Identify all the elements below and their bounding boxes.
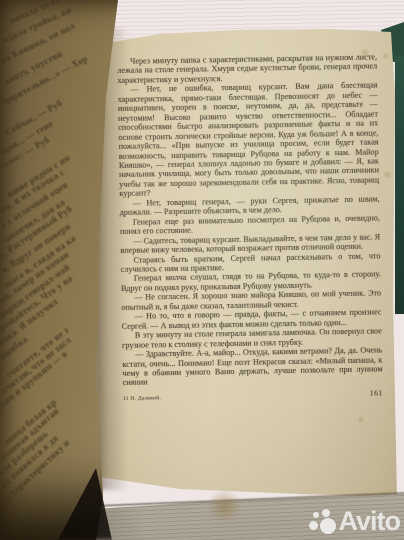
book-paragraph: — Здравствуйте. А-а, майор... Откуда, ка… <box>122 345 383 387</box>
avito-logo-icon <box>309 508 336 535</box>
book-cover-edge <box>395 56 404 314</box>
foxing-spot <box>382 52 390 60</box>
book-paragraph: Через минуту папка с характеристиками, р… <box>117 52 377 85</box>
page-text-block: Через минуту папка с характеристиками, р… <box>117 52 383 404</box>
avito-watermark-text: Avito <box>339 508 401 535</box>
foxing-spot <box>360 48 370 57</box>
book-photo: Через минуту папка с характеристиками, р… <box>0 0 404 540</box>
printer-signature: 11 Н. Далекий. <box>123 394 161 404</box>
book-paragraph: — Нет, не ошибка, товарищ курсант. Вам д… <box>117 81 379 199</box>
foxing-spot <box>357 416 365 423</box>
foxing-spot <box>383 170 392 179</box>
page-number: 161 <box>370 388 383 398</box>
page-footer: 11 Н. Далекий. 161 <box>123 388 383 404</box>
avito-watermark: Avito <box>309 508 401 535</box>
page-stain <box>206 490 243 522</box>
